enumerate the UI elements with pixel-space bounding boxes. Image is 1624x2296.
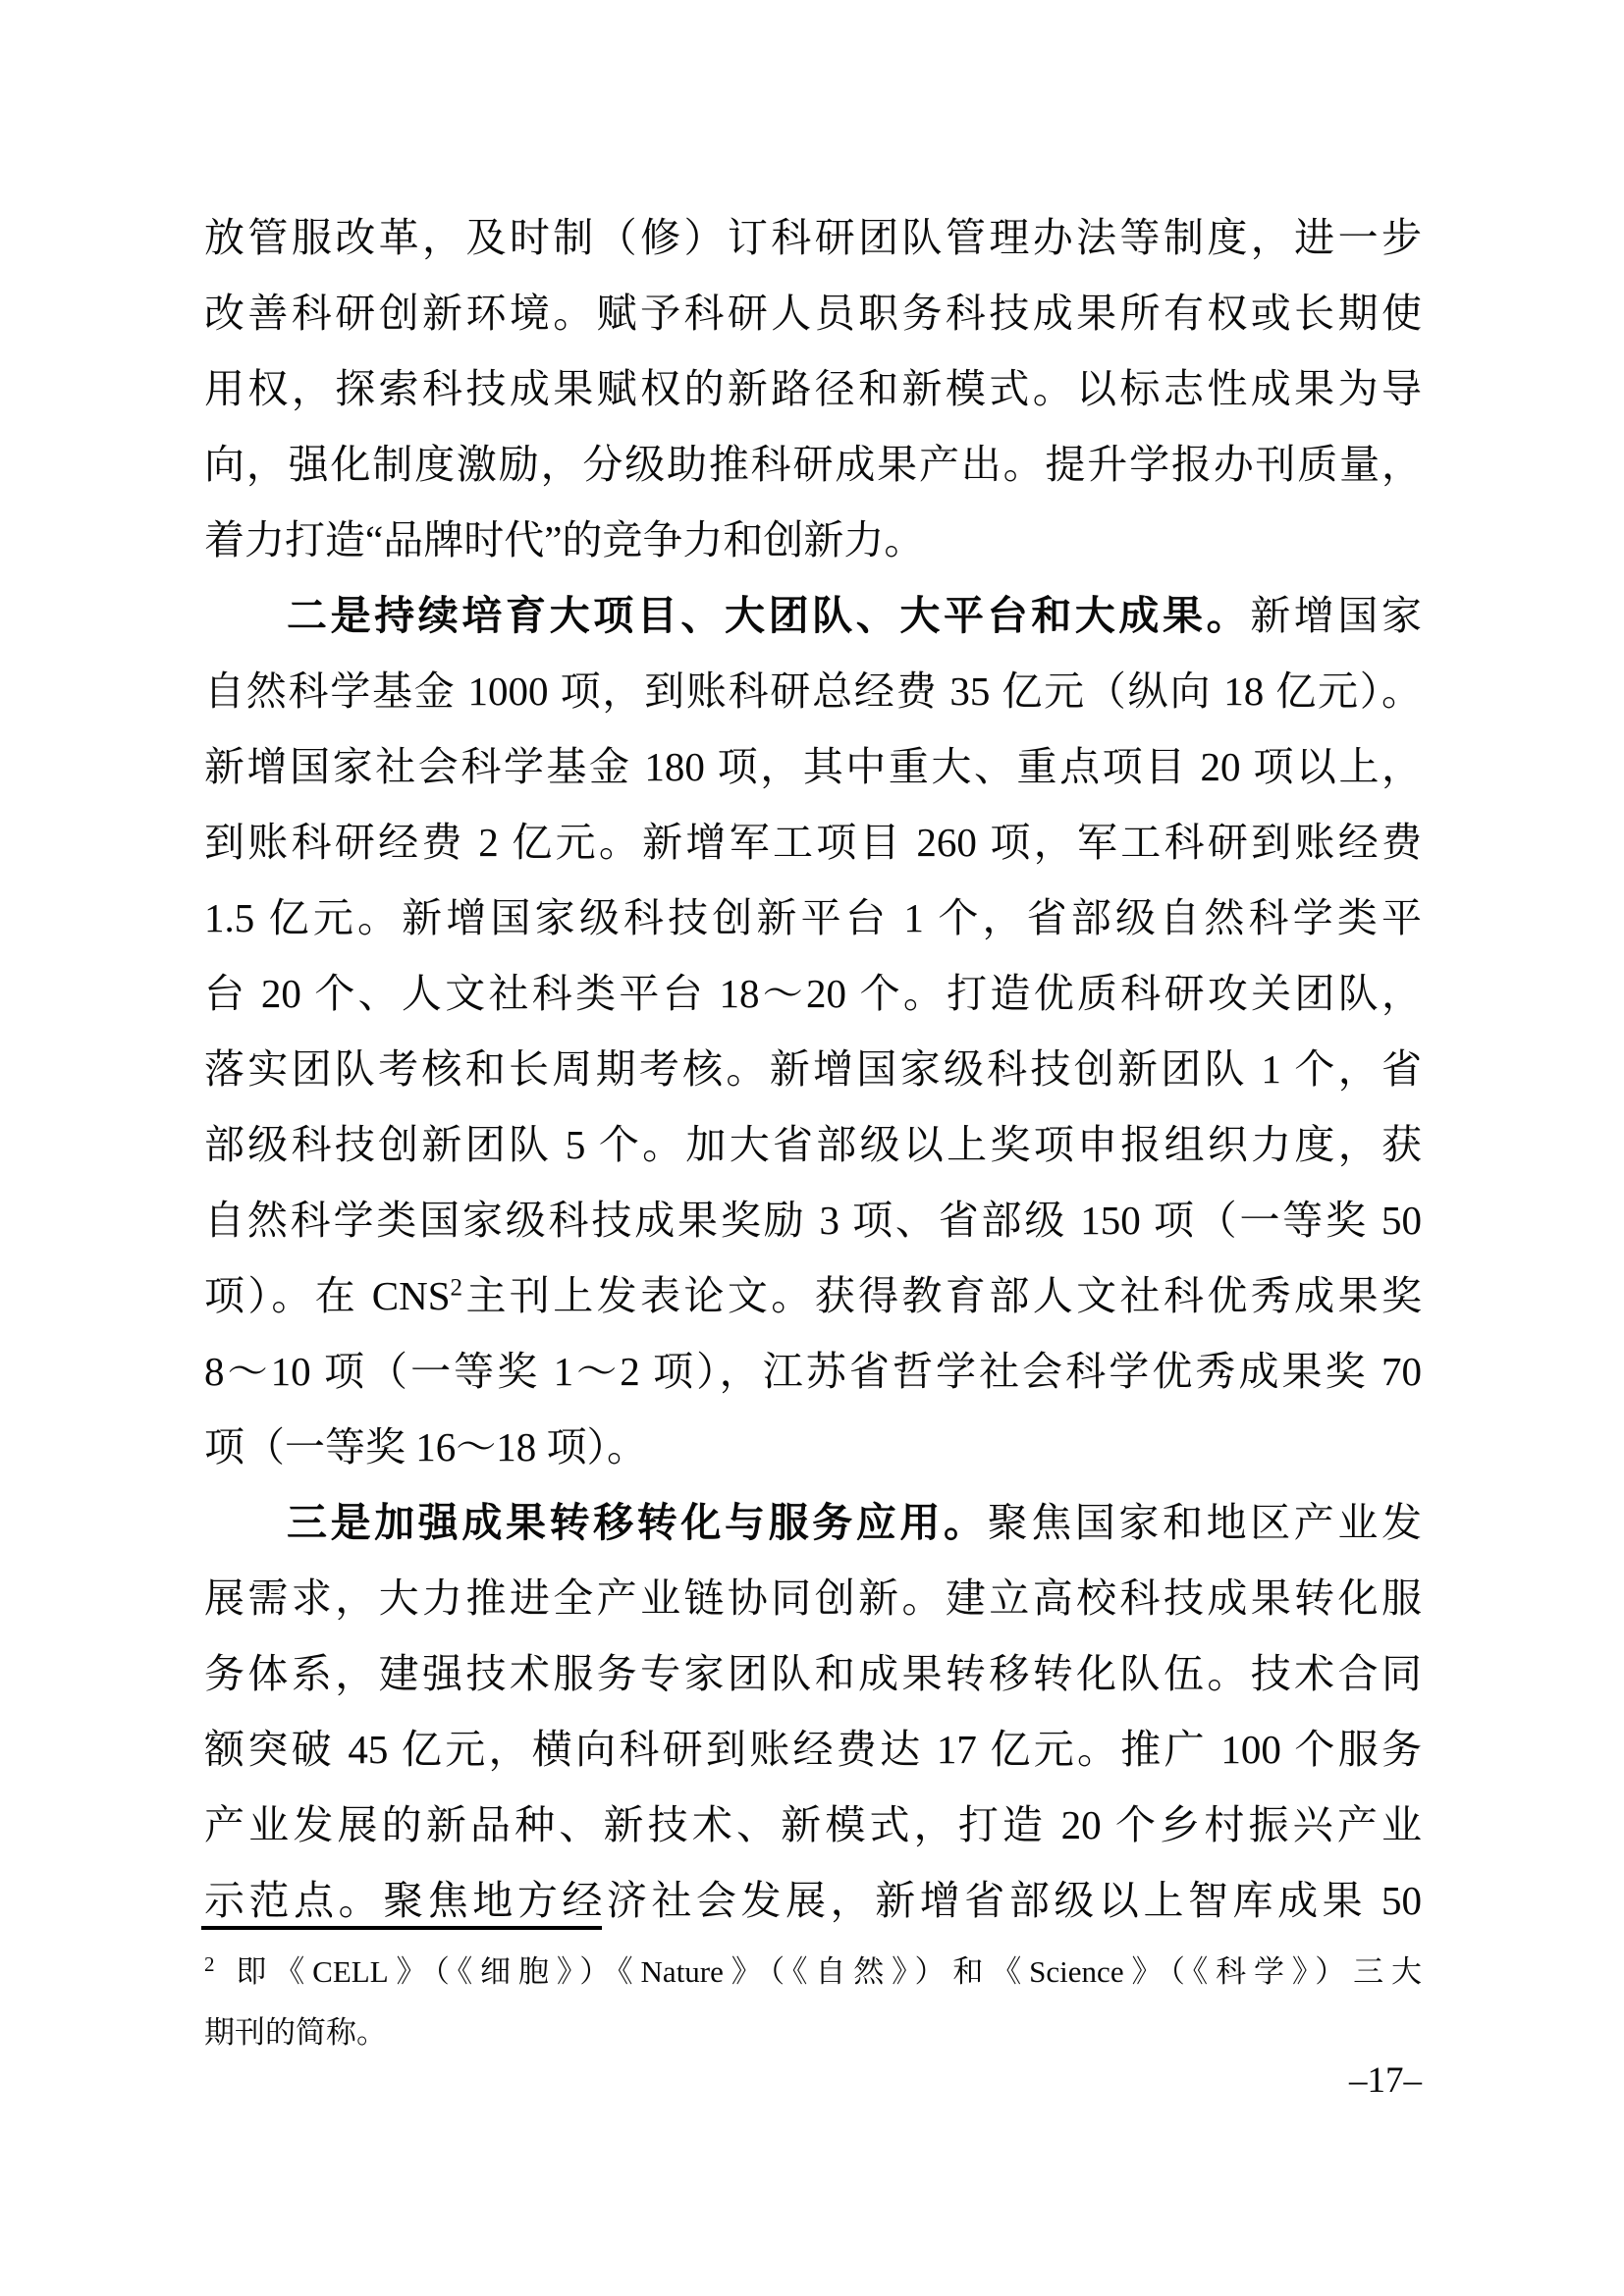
body-line: 台 20 个、人文社科类平台 18～20 个。打造优质科研攻关团队， — [204, 956, 1422, 1032]
body-line: 8～10 项（一等奖 1～2 项），江苏省哲学社会科学优秀成果奖 70 — [204, 1334, 1422, 1410]
body-line: 到账科研经费 2 亿元。新增军工项目 260 项，军工科研到账经费 — [204, 805, 1422, 881]
body-line: 用权，探索科技成果赋权的新路径和新模式。以标志性成果为导 — [204, 351, 1422, 427]
body-line: 改善科研创新环境。赋予科研人员职务科技成果所有权或长期使 — [204, 276, 1422, 351]
body-line: 自然科学基金 1000 项，到账科研总经费 35 亿元（纵向 18 亿元）。 — [204, 654, 1422, 729]
body-line: 部级科技创新团队 5 个。加大省部级以上奖项申报组织力度，获 — [204, 1107, 1422, 1183]
body-line-with-superscript: 项）。在 CNS2主刊上发表论文。获得教育部人文社科优秀成果奖 — [204, 1258, 1422, 1334]
document-page: 放管服改革，及时制（修）订科研团队管理办法等制度，进一步 改善科研创新环境。赋予… — [0, 0, 1624, 2296]
body-line: 自然科学类国家级科技成果奖励 3 项、省部级 150 项（一等奖 50 — [204, 1183, 1422, 1258]
line-regular-text: 新增国家 — [1250, 593, 1422, 638]
body-line: 展需求，大力推进全产业链协同创新。建立高校科技成果转化服 — [204, 1561, 1422, 1636]
body-line-paragraph-end: 着力打造“品牌时代”的竞争力和创新力。 — [204, 503, 1422, 578]
footnote-block: 2即《CELL》（《细胞》）《Nature》（《自然》）和《Science》（《… — [204, 1942, 1422, 2063]
body-line: 务体系，建强技术服务专家团队和成果转移转化队伍。技术合同 — [204, 1636, 1422, 1712]
bold-lead-sentence: 三是加强成果转移转化与服务应用。 — [287, 1500, 988, 1545]
page-number: –17– — [204, 2059, 1422, 2103]
line-regular-text: 聚焦国家和地区产业发 — [988, 1500, 1422, 1545]
footnote-text: 即《CELL》（《细胞》）《Nature》（《自然》）和《Science》（《科… — [229, 1954, 1423, 1989]
body-line: 落实团队考核和长周期考核。新增国家级科技创新团队 1 个，省 — [204, 1032, 1422, 1107]
footnote-line: 2即《CELL》（《细胞》）《Nature》（《自然》）和《Science》（《… — [204, 1942, 1422, 2002]
line-regular-text: 主刊上发表论文。获得教育部人文社科优秀成果奖 — [462, 1273, 1422, 1318]
body-line: 产业发展的新品种、新技术、新模式，打造 20 个乡村振兴产业 — [204, 1788, 1422, 1863]
body-text-block: 放管服改革，及时制（修）订科研团队管理办法等制度，进一步 改善科研创新环境。赋予… — [204, 200, 1422, 1939]
body-line-topic-3: 三是加强成果转移转化与服务应用。聚焦国家和地区产业发 — [204, 1485, 1422, 1561]
footnote-separator-rule — [201, 1926, 602, 1930]
bold-lead-sentence: 二是持续培育大项目、大团队、大平台和大成果。 — [287, 593, 1250, 638]
body-line: 额突破 45 亿元，横向科研到账经费达 17 亿元。推广 100 个服务 — [204, 1712, 1422, 1788]
body-line: 1.5 亿元。新增国家级科技创新平台 1 个，省部级自然科学类平 — [204, 881, 1422, 956]
footnote-line-last: 期刊的简称。 — [204, 2002, 1422, 2063]
body-line-paragraph-end: 项（一等奖 16～18 项）。 — [204, 1410, 1422, 1485]
footnote-reference-superscript: 2 — [451, 1274, 463, 1301]
body-line: 向，强化制度激励，分级助推科研成果产出。提升学报办刊质量， — [204, 427, 1422, 503]
body-line: 放管服改革，及时制（修）订科研团队管理办法等制度，进一步 — [204, 200, 1422, 276]
footnote-marker-superscript: 2 — [204, 1952, 215, 1976]
line-regular-text: 项）。在 CNS — [204, 1273, 451, 1318]
body-line: 新增国家社会科学基金 180 项，其中重大、重点项目 20 项以上， — [204, 729, 1422, 805]
body-line-topic-2: 二是持续培育大项目、大团队、大平台和大成果。新增国家 — [204, 578, 1422, 654]
